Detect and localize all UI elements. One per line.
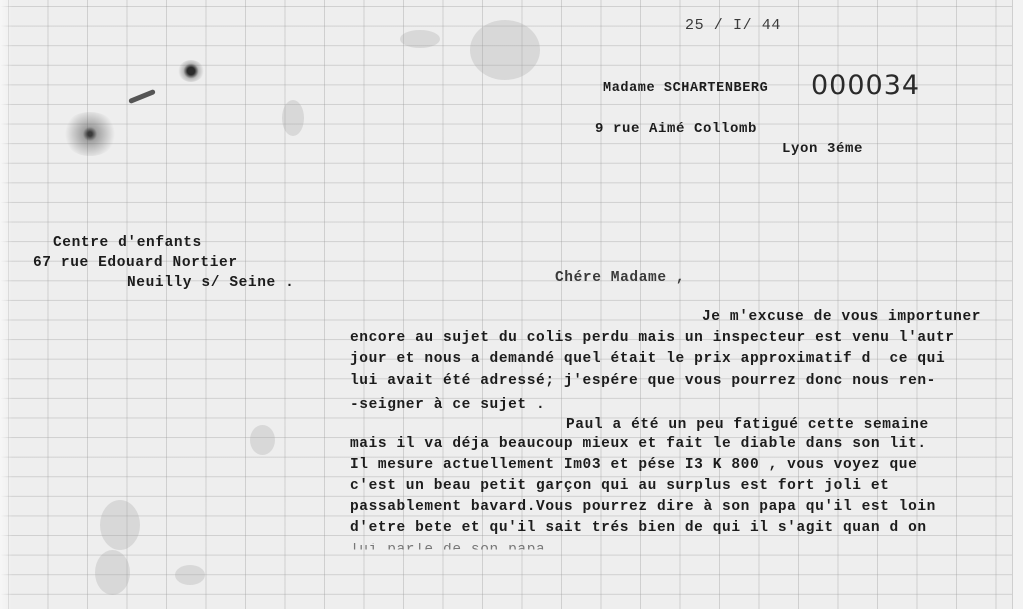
- body-line: c'est un beau petit garçon qui au surplu…: [350, 479, 889, 494]
- water-stain: [400, 30, 440, 48]
- sender-line-3: Neuilly s/ Seine .: [127, 276, 294, 291]
- recipient-name: Madame SCHARTENBERG: [603, 82, 768, 96]
- sender-line-2: 67 rue Edouard Nortier: [33, 256, 238, 271]
- water-stain: [282, 100, 304, 136]
- reference-number-stamp: 000034: [811, 72, 920, 99]
- water-stain: [95, 550, 130, 595]
- sender-line-1: Centre d'enfants: [53, 236, 202, 251]
- body-line: d'etre bete et qu'il sait trés bien de q…: [350, 521, 927, 536]
- body-line: mais il va déja beaucoup mieux et fait l…: [350, 437, 927, 452]
- ink-stain: [178, 60, 204, 82]
- paper-left-edge: [0, 0, 12, 609]
- ink-mark: [128, 89, 156, 104]
- recipient-city: Lyon 3éme: [782, 142, 863, 156]
- body-line: encore au sujet du colis perdu mais un i…: [350, 331, 955, 346]
- body-line: passablement bavard.Vous pourrez dire à …: [350, 500, 936, 515]
- body-line: jour et nous a demandé quel était le pri…: [350, 352, 945, 367]
- body-line: lui avait été adressé; j'espére que vous…: [350, 374, 936, 389]
- body-line: Il mesure actuellement Im03 et pése I3 K…: [350, 458, 917, 473]
- body-line: -seigner à ce sujet .: [350, 398, 545, 413]
- letter-date: 25 / I/ 44: [685, 18, 781, 33]
- water-stain: [100, 500, 140, 550]
- water-stain: [175, 565, 205, 585]
- ink-stain: [62, 112, 118, 156]
- body-line-cut-off: lui parle de son papa: [350, 543, 545, 558]
- body-line: Paul a été un peu fatigué cette semaine: [566, 418, 929, 433]
- paper-right-edge: [1012, 0, 1023, 609]
- water-stain: [470, 20, 540, 80]
- recipient-street: 9 rue Aimé Collomb: [595, 122, 757, 136]
- water-stain: [250, 425, 275, 455]
- scanned-letter-page: 25 / I/ 44 Madame SCHARTENBERG 000034 9 …: [0, 0, 1023, 609]
- body-line: Je m'excuse de vous importuner: [702, 310, 981, 325]
- salutation: Chére Madame ,: [555, 271, 685, 286]
